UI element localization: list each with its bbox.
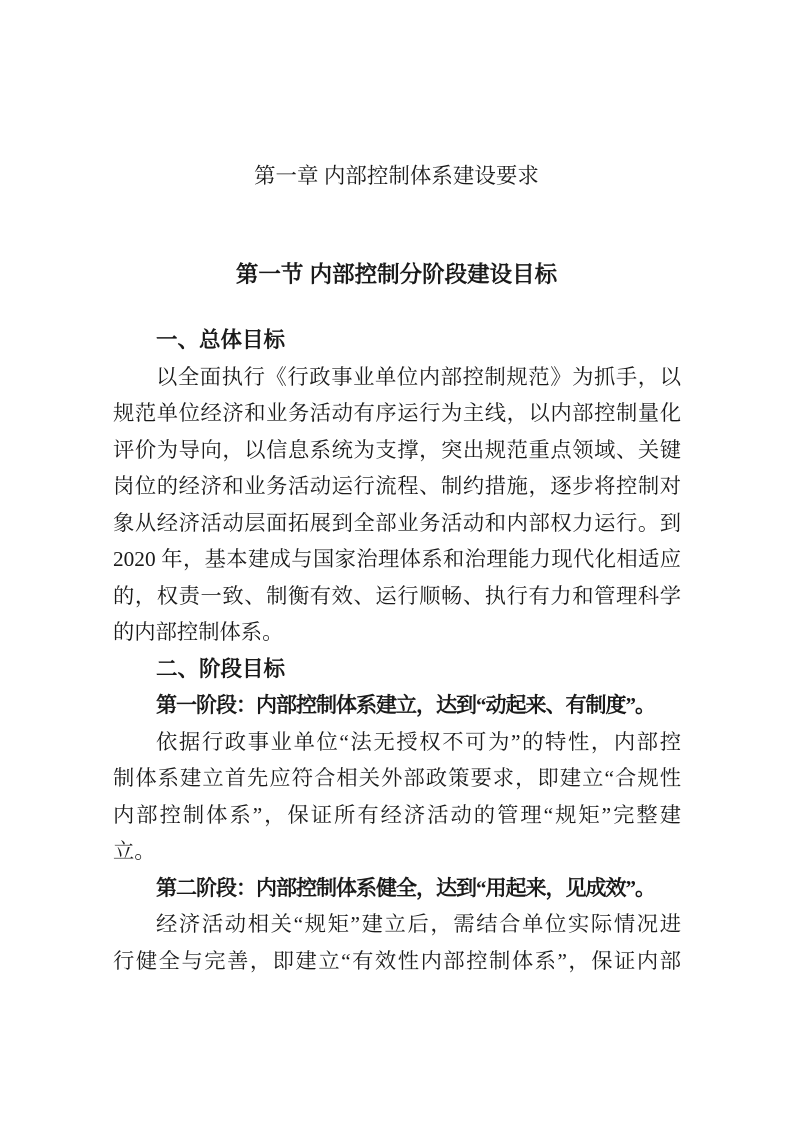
- paragraph-line: 依据行政事业单位“法无授权不可为”的特性，内部控: [113, 724, 681, 761]
- document-page: 第一章 内部控制体系建设要求 第一节 内部控制分阶段建设目标 一、总体目标 以全…: [0, 0, 793, 1122]
- paragraph-line: 以全面执行《行政事业单位内部控制规范》为抓手，以: [113, 359, 681, 396]
- paragraph-line: 规范单位经济和业务活动有序运行为主线，以内部控制量化: [113, 395, 681, 432]
- paragraph-line: 的内部控制体系。: [113, 614, 681, 651]
- paragraph-line: 内部控制体系”，保证所有经济活动的管理“规矩”完整建: [113, 797, 681, 834]
- paragraph-line: 经济活动相关“规矩”建立后，需结合单位实际情况进: [113, 906, 681, 943]
- document-body: 一、总体目标 以全面执行《行政事业单位内部控制规范》为抓手，以规范单位经济和业务…: [0, 322, 793, 979]
- paragraph-line: 制体系建立首先应符合相关外部政策要求，即建立“合规性: [113, 760, 681, 797]
- paragraph-stage-one: 依据行政事业单位“法无授权不可为”的特性，内部控制体系建立首先应符合相关外部政策…: [113, 724, 681, 870]
- stage-two-title: 第二阶段：内部控制体系健全，达到“用起来，见成效”。: [113, 870, 681, 907]
- paragraph-stage-two: 经济活动相关“规矩”建立后，需结合单位实际情况进行健全与完善，即建立“有效性内部…: [113, 906, 681, 979]
- paragraph-line: 评价为导向，以信息系统为支撑，突出规范重点领域、关键: [113, 432, 681, 469]
- paragraph-line: 的，权责一致、制衡有效、运行顺畅、执行有力和管理科学: [113, 578, 681, 615]
- paragraph-line: 岗位的经济和业务活动运行流程、制约措施，逐步将控制对: [113, 468, 681, 505]
- chapter-title: 第一章 内部控制体系建设要求: [0, 158, 793, 194]
- heading-stage-goals: 二、阶段目标: [113, 651, 681, 688]
- paragraph-overall-goal: 以全面执行《行政事业单位内部控制规范》为抓手，以规范单位经济和业务活动有序运行为…: [113, 359, 681, 651]
- paragraph-line: 2020 年，基本建成与国家治理体系和治理能力现代化相适应: [113, 541, 681, 578]
- paragraph-line: 象从经济活动层面拓展到全部业务活动和内部权力运行。到: [113, 505, 681, 542]
- section-title: 第一节 内部控制分阶段建设目标: [0, 257, 793, 293]
- paragraph-line: 行健全与完善，即建立“有效性内部控制体系”，保证内部: [113, 943, 681, 980]
- heading-overall-goal: 一、总体目标: [113, 322, 681, 359]
- stage-one-title: 第一阶段：内部控制体系建立，达到“动起来、有制度”。: [113, 687, 681, 724]
- paragraph-line: 立。: [113, 833, 681, 870]
